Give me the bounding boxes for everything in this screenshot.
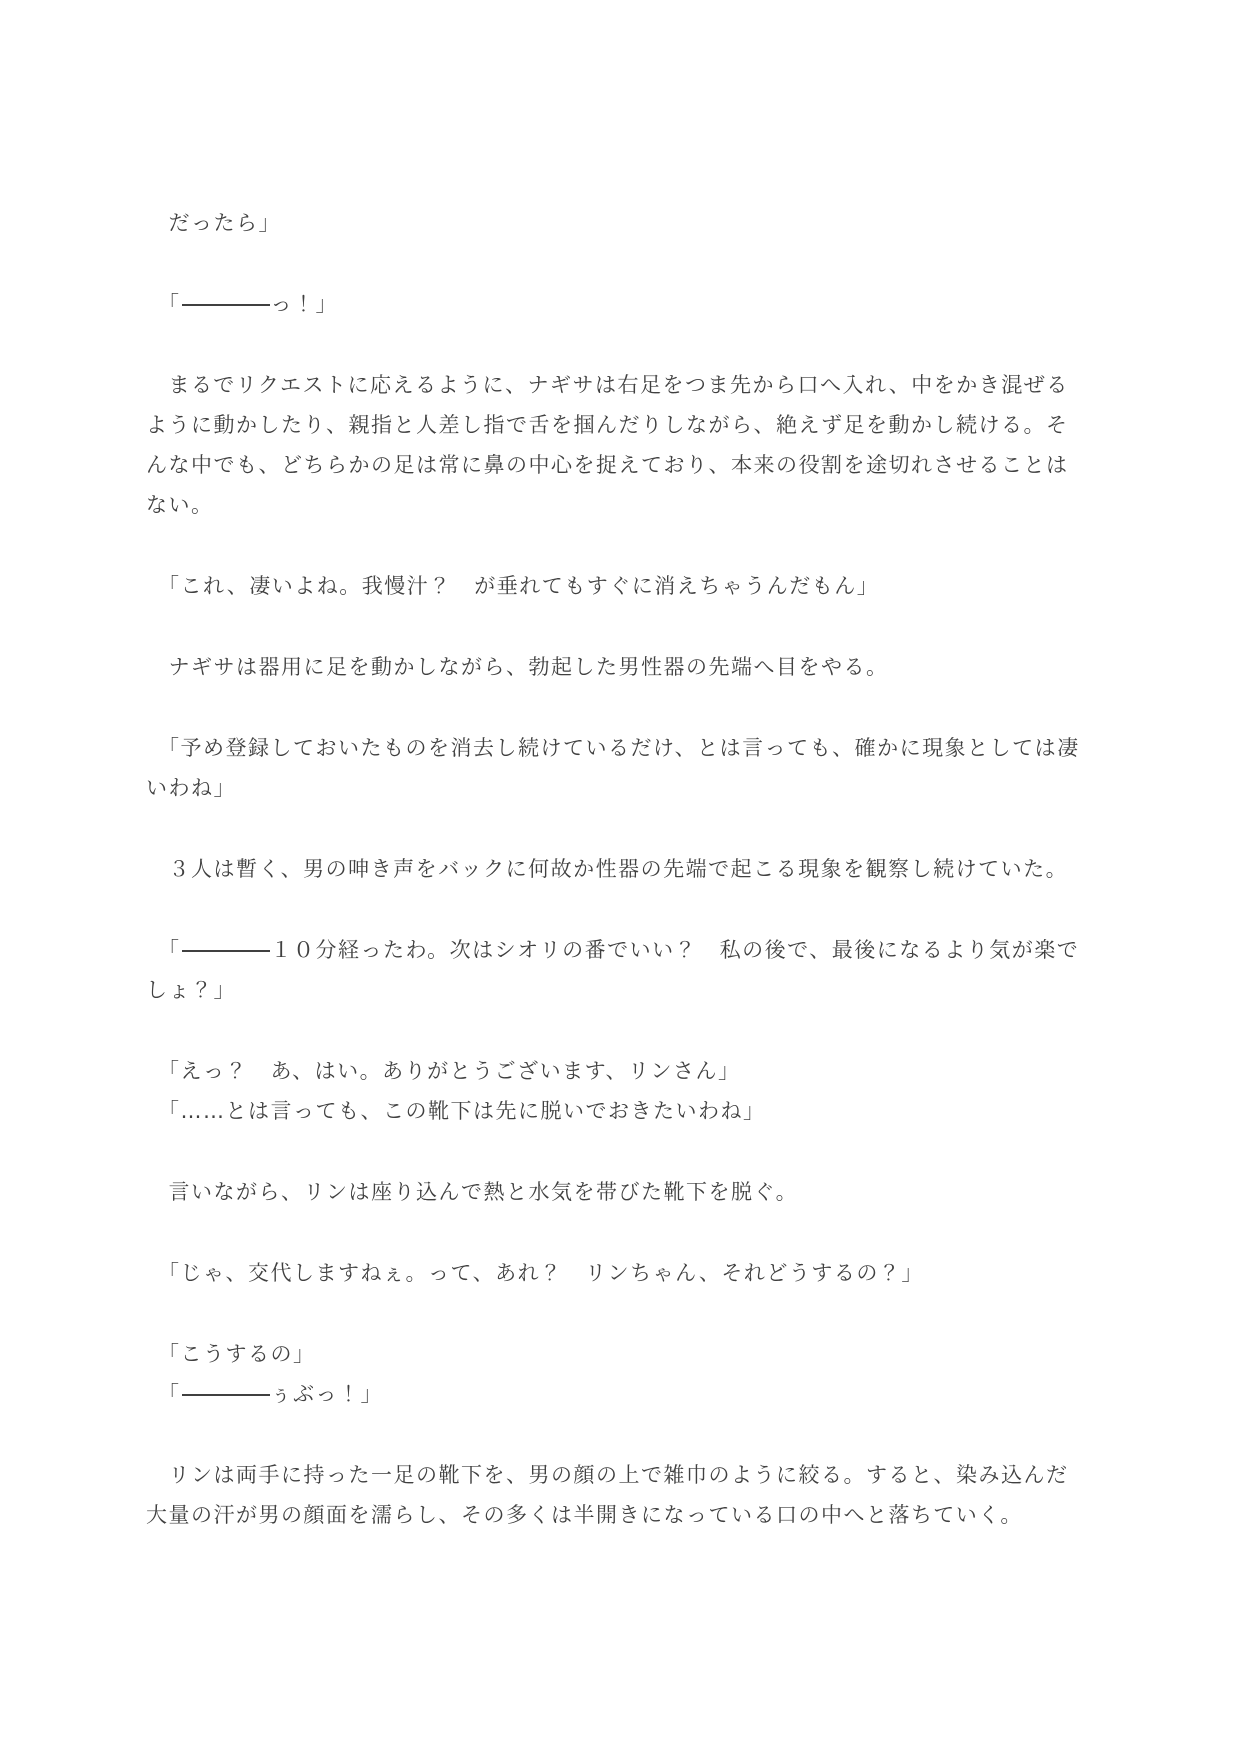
- text-line: だったら」: [146, 203, 1221, 243]
- text-line: 「っ！」: [146, 284, 1221, 324]
- long-dash: [182, 304, 270, 306]
- text-line: 「これ、凄いよね。我慢汁？ が垂れてもすぐに消えちゃうんだもん」: [146, 566, 1221, 606]
- text-line: いわね」: [146, 768, 1221, 808]
- document-page: だったら」 「っ！」 まるでリクエストに応えるように、ナギサは右足をつま先から口…: [0, 0, 1241, 1754]
- text-line: まるでリクエストに応えるように、ナギサは右足をつま先から口へ入れ、中をかき混ぜる: [146, 365, 1221, 405]
- text-line: リンは両手に持った一足の靴下を、男の顔の上で雑巾のように絞る。すると、染み込んだ: [146, 1455, 1221, 1495]
- dialogue-paragraph: 「これ、凄いよね。我慢汁？ が垂れてもすぐに消えちゃうんだもん」: [146, 566, 1221, 606]
- narrative-paragraph: まるでリクエストに応えるように、ナギサは右足をつま先から口へ入れ、中をかき混ぜる…: [146, 365, 1221, 525]
- text-line: 「予め登録しておいたものを消去し続けているだけ、とは言っても、確かに現象としては…: [146, 728, 1221, 768]
- text-line: 「１０分経ったわ。次はシオリの番でいい？ 私の後で、最後になるより気が楽で: [146, 930, 1221, 970]
- text-line: 大量の汗が男の顔面を濡らし、その多くは半開きになっている口の中へと落ちていく。: [146, 1495, 1221, 1535]
- text-line: 言いながら、リンは座り込んで熱と水気を帯びた靴下を脱ぐ。: [146, 1172, 1221, 1212]
- text-line: ない。: [146, 485, 1221, 525]
- narrative-paragraph: ナギサは器用に足を動かしながら、勃起した男性器の先端へ目をやる。: [146, 647, 1221, 687]
- text-line: 「ぅぶっ！」: [146, 1374, 1221, 1414]
- dialogue-paragraph: 「じゃ、交代しますねぇ。って、あれ？ リンちゃん、それどうするの？」: [146, 1253, 1221, 1293]
- text-line: ３人は暫く、男の呻き声をバックに何故か性器の先端で起こる現象を観察し続けていた。: [146, 849, 1221, 889]
- text-line: 「じゃ、交代しますねぇ。って、あれ？ リンちゃん、それどうするの？」: [146, 1253, 1221, 1293]
- dialogue-paragraph: だったら」: [146, 203, 1221, 243]
- dialogue-paragraph: 「っ！」: [146, 284, 1221, 324]
- narrative-paragraph: ３人は暫く、男の呻き声をバックに何故か性器の先端で起こる現象を観察し続けていた。: [146, 849, 1221, 889]
- text-line: ナギサは器用に足を動かしながら、勃起した男性器の先端へ目をやる。: [146, 647, 1221, 687]
- text-line: 「えっ？ あ、はい。ありがとうございます、リンさん」: [146, 1051, 1221, 1091]
- long-dash: [182, 1394, 270, 1396]
- text-line: んな中でも、どちらかの足は常に鼻の中心を捉えており、本来の役割を途切れさせること…: [146, 445, 1221, 485]
- dialogue-paragraph: 「予め登録しておいたものを消去し続けているだけ、とは言っても、確かに現象としては…: [146, 728, 1221, 808]
- narrative-paragraph: 言いながら、リンは座り込んで熱と水気を帯びた靴下を脱ぐ。: [146, 1172, 1221, 1212]
- text-line: ように動かしたり、親指と人差し指で舌を掴んだりしながら、絶えず足を動かし続ける。…: [146, 405, 1221, 445]
- text-line: 「こうするの」: [146, 1334, 1221, 1374]
- text-line: 「……とは言っても、この靴下は先に脱いでおきたいわね」: [146, 1091, 1221, 1131]
- text-content: だったら」 「っ！」 まるでリクエストに応えるように、ナギサは右足をつま先から口…: [146, 203, 1221, 1535]
- dialogue-paragraph: 「えっ？ あ、はい。ありがとうございます、リンさん」 「……とは言っても、この靴…: [146, 1051, 1221, 1131]
- dialogue-paragraph: 「１０分経ったわ。次はシオリの番でいい？ 私の後で、最後になるより気が楽でしょ？…: [146, 930, 1221, 1010]
- text-line: しょ？」: [146, 970, 1221, 1010]
- dialogue-paragraph: 「こうするの」 「ぅぶっ！」: [146, 1334, 1221, 1414]
- long-dash: [182, 950, 270, 952]
- narrative-paragraph: リンは両手に持った一足の靴下を、男の顔の上で雑巾のように絞る。すると、染み込んだ…: [146, 1455, 1221, 1535]
